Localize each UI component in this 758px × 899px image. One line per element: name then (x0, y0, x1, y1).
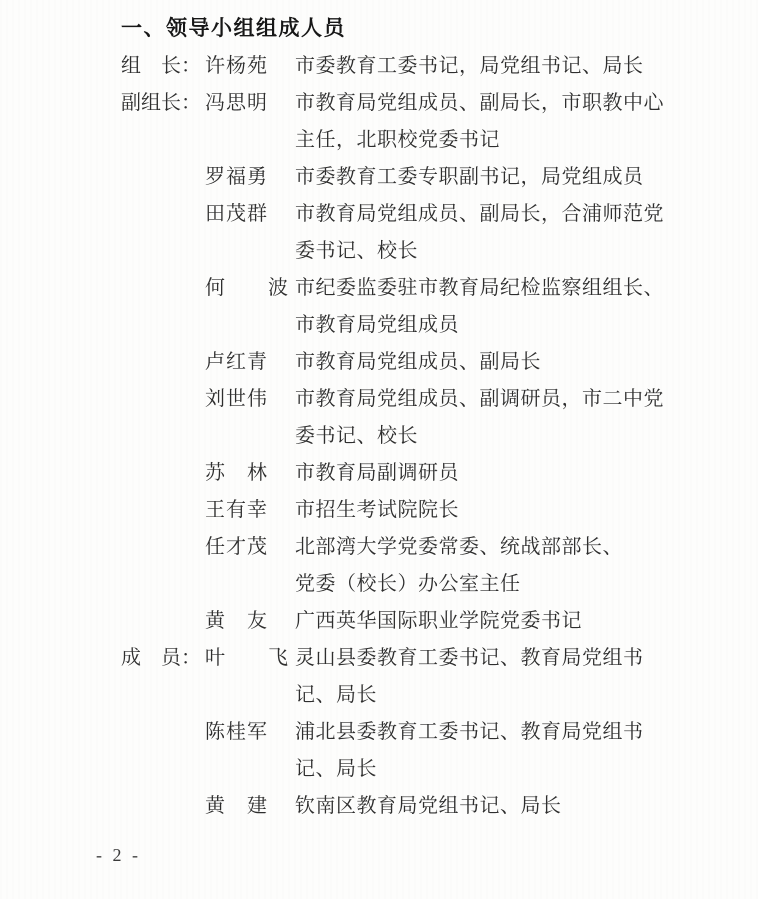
member-row: 罗福勇 市委教育工委专职副书记，局党组成员 (121, 159, 691, 196)
member-name: 刘世伟 (205, 381, 295, 418)
member-row: 田茂群 市教育局党组成员、副局长，合浦师范党委书记、校长 (121, 196, 691, 270)
member-row: 刘世伟 市教育局党组成员、副调研员，市二中党委书记、校长 (121, 381, 691, 455)
member-row: 卢红青 市教育局党组成员、副局长 (121, 344, 691, 381)
member-row: 苏 林 市教育局副调研员 (121, 455, 691, 492)
member-duty: 市教育局副调研员 (295, 455, 691, 492)
member-duty: 广西英华国际职业学院党委书记 (295, 603, 691, 640)
member-row: 副组长： 冯思明 市教育局党组成员、副局长，市职教中心主任，北职校党委书记 (121, 85, 691, 159)
duty-line: 市委教育工委书记，局党组书记、局长 (295, 48, 691, 85)
member-duty: 市教育局党组成员、副调研员，市二中党委书记、校长 (295, 381, 691, 455)
duty-line: 记、局长 (295, 677, 691, 714)
member-name: 许杨苑 (205, 48, 295, 85)
member-row: 黄 友 广西英华国际职业学院党委书记 (121, 603, 691, 640)
member-duty: 市委教育工委书记，局党组书记、局长 (295, 48, 691, 85)
duty-line: 市教育局党组成员、副局长 (295, 344, 691, 381)
member-row: 黄 建 钦南区教育局党组书记、局长 (121, 788, 691, 825)
member-duty: 市教育局党组成员、副局长，合浦师范党委书记、校长 (295, 196, 691, 270)
duty-line: 党委（校长）办公室主任 (295, 566, 691, 603)
member-row: 陈桂军 浦北县委教育工委书记、教育局党组书记、局长 (121, 714, 691, 788)
duty-line: 市教育局党组成员、副局长，合浦师范党 (295, 196, 691, 233)
duty-line: 市招生考试院院长 (295, 492, 691, 529)
member-name: 田茂群 (205, 196, 295, 233)
duty-line: 记、局长 (295, 751, 691, 788)
duty-line: 北部湾大学党委常委、统战部部长、 (295, 529, 691, 566)
document-page: 一、领导小组组成人员 组 长： 许杨苑 市委教育工委书记，局党组书记、局长 副组… (0, 0, 758, 899)
section-heading: 一、领导小组组成人员 (121, 13, 691, 45)
member-name: 王有幸 (205, 492, 295, 529)
member-duty: 市教育局党组成员、副局长，市职教中心主任，北职校党委书记 (295, 85, 691, 159)
duty-line: 市教育局党组成员 (295, 307, 691, 344)
role-label: 成 员： (121, 640, 205, 677)
member-duty: 市教育局党组成员、副局长 (295, 344, 691, 381)
member-row: 任才茂 北部湾大学党委常委、统战部部长、党委（校长）办公室主任 (121, 529, 691, 603)
member-row: 组 长： 许杨苑 市委教育工委书记，局党组书记、局长 (121, 48, 691, 85)
member-duty: 市纪委监委驻市教育局纪检监察组组长、市教育局党组成员 (295, 270, 691, 344)
member-name: 苏 林 (205, 455, 295, 492)
duty-line: 市教育局党组成员、副调研员，市二中党 (295, 381, 691, 418)
member-row: 王有幸 市招生考试院院长 (121, 492, 691, 529)
member-duty: 市委教育工委专职副书记，局党组成员 (295, 159, 691, 196)
duty-line: 灵山县委教育工委书记、教育局党组书 (295, 640, 691, 677)
duty-line: 市纪委监委驻市教育局纪检监察组组长、 (295, 270, 691, 307)
member-row: 成 员： 叶 飞 灵山县委教育工委书记、教育局党组书记、局长 (121, 640, 691, 714)
member-name: 卢红青 (205, 344, 295, 381)
member-name: 何 波 (205, 270, 295, 307)
member-name: 黄 友 (205, 603, 295, 640)
member-list: 组 长： 许杨苑 市委教育工委书记，局党组书记、局长 副组长： 冯思明 市教育局… (121, 48, 691, 825)
member-duty: 钦南区教育局党组书记、局长 (295, 788, 691, 825)
duty-line: 钦南区教育局党组书记、局长 (295, 788, 691, 825)
duty-line: 市委教育工委专职副书记，局党组成员 (295, 159, 691, 196)
duty-line: 委书记、校长 (295, 233, 691, 270)
member-duty: 市招生考试院院长 (295, 492, 691, 529)
duty-line: 市教育局副调研员 (295, 455, 691, 492)
member-name: 黄 建 (205, 788, 295, 825)
duty-line: 浦北县委教育工委书记、教育局党组书 (295, 714, 691, 751)
document-body: 一、领导小组组成人员 组 长： 许杨苑 市委教育工委书记，局党组书记、局长 副组… (121, 13, 691, 825)
member-name: 罗福勇 (205, 159, 295, 196)
role-label: 组 长： (121, 48, 205, 85)
member-name: 陈桂军 (205, 714, 295, 751)
role-label: 副组长： (121, 85, 205, 122)
duty-line: 主任，北职校党委书记 (295, 122, 691, 159)
member-duty: 灵山县委教育工委书记、教育局党组书记、局长 (295, 640, 691, 714)
member-name: 叶 飞 (205, 640, 295, 677)
member-name: 任才茂 (205, 529, 295, 566)
duty-line: 委书记、校长 (295, 418, 691, 455)
duty-line: 市教育局党组成员、副局长，市职教中心 (295, 85, 691, 122)
member-name: 冯思明 (205, 85, 295, 122)
page-number: - 2 - (96, 845, 141, 865)
member-row: 何 波 市纪委监委驻市教育局纪检监察组组长、市教育局党组成员 (121, 270, 691, 344)
member-duty: 北部湾大学党委常委、统战部部长、党委（校长）办公室主任 (295, 529, 691, 603)
member-duty: 浦北县委教育工委书记、教育局党组书记、局长 (295, 714, 691, 788)
duty-line: 广西英华国际职业学院党委书记 (295, 603, 691, 640)
